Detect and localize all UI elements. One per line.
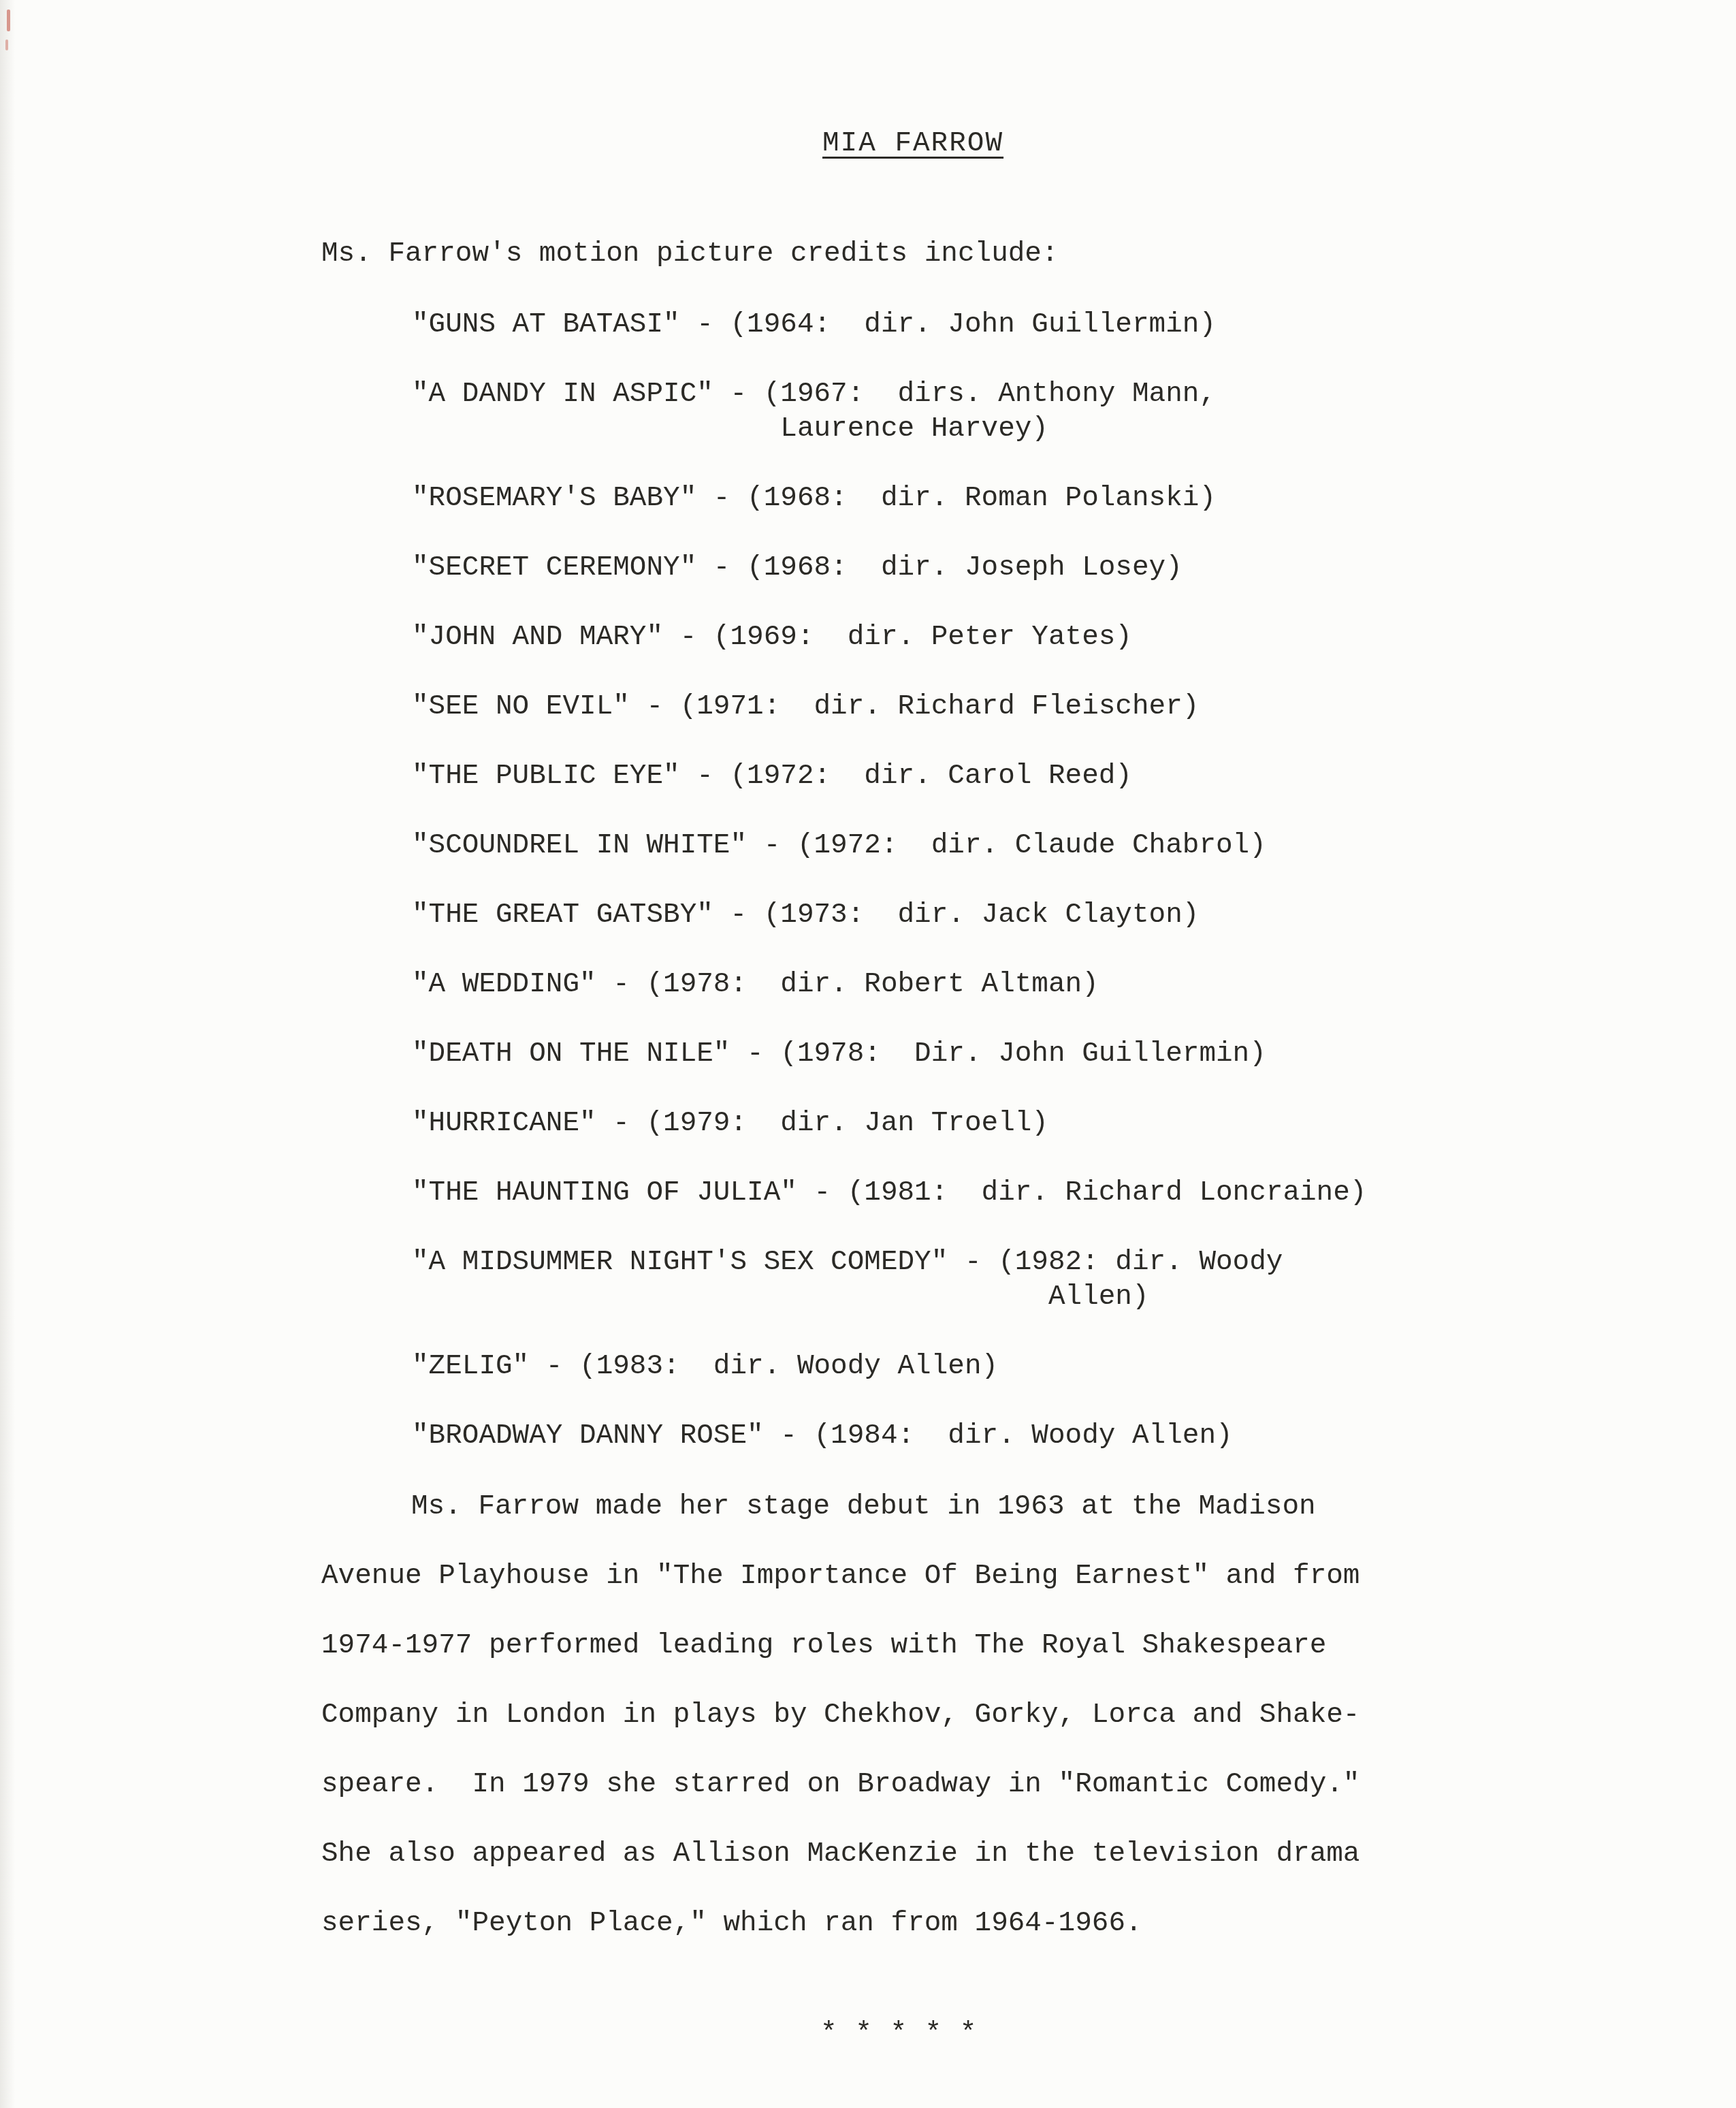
credit-line: "A DANDY IN ASPIC" - (1967: dirs. Anthon… bbox=[412, 377, 1366, 447]
credit-continuation: Allen) bbox=[412, 1280, 1366, 1315]
credit-line: "JOHN AND MARY" - (1969: dir. Peter Yate… bbox=[412, 620, 1366, 655]
credit-text: "JOHN AND MARY" - (1969: dir. Peter Yate… bbox=[412, 620, 1366, 655]
page-title: MIA FARROW bbox=[822, 127, 1003, 161]
bio-paragraph: Ms. Farrow made her stage debut in 1963 … bbox=[321, 1490, 1360, 1976]
credit-text: "DEATH ON THE NILE" - (1978: Dir. John G… bbox=[412, 1037, 1366, 1072]
credit-line: "HURRICANE" - (1979: dir. Jan Troell) bbox=[412, 1106, 1366, 1141]
credit-line: "GUNS AT BATASI" - (1964: dir. John Guil… bbox=[412, 308, 1366, 342]
credit-line: "A WEDDING" - (1978: dir. Robert Altman) bbox=[412, 968, 1366, 1002]
credit-line: "THE GREAT GATSBY" - (1973: dir. Jack Cl… bbox=[412, 898, 1366, 933]
paragraph-line: Avenue Playhouse in "The Importance Of B… bbox=[321, 1559, 1360, 1594]
credit-text: "SECRET CEREMONY" - (1968: dir. Joseph L… bbox=[412, 551, 1366, 586]
credit-text: "THE HAUNTING OF JULIA" - (1981: dir. Ri… bbox=[412, 1176, 1366, 1211]
credit-text: "A DANDY IN ASPIC" - (1967: dirs. Anthon… bbox=[412, 377, 1366, 412]
document-page: MIA FARROW Ms. Farrow's motion picture c… bbox=[0, 0, 1736, 2108]
credit-line: "SECRET CEREMONY" - (1968: dir. Joseph L… bbox=[412, 551, 1366, 586]
credit-text: "BROADWAY DANNY ROSE" - (1984: dir. Wood… bbox=[412, 1419, 1366, 1454]
paragraph-line: speare. In 1979 she starred on Broadway … bbox=[321, 1768, 1360, 1802]
credit-text: "THE GREAT GATSBY" - (1973: dir. Jack Cl… bbox=[412, 898, 1366, 933]
credit-line: "SEE NO EVIL" - (1971: dir. Richard Flei… bbox=[412, 690, 1366, 724]
paragraph-line: She also appeared as Allison MacKenzie i… bbox=[321, 1837, 1360, 1872]
scan-artifact bbox=[7, 10, 10, 31]
credit-text: "THE PUBLIC EYE" - (1972: dir. Carol Ree… bbox=[412, 759, 1366, 794]
credit-text: "GUNS AT BATASI" - (1964: dir. John Guil… bbox=[412, 308, 1366, 342]
credit-line: "BROADWAY DANNY ROSE" - (1984: dir. Wood… bbox=[412, 1419, 1366, 1454]
credit-continuation: Laurence Harvey) bbox=[412, 412, 1366, 447]
credit-text: "HURRICANE" - (1979: dir. Jan Troell) bbox=[412, 1106, 1366, 1141]
credit-text: "A MIDSUMMER NIGHT'S SEX COMEDY" - (1982… bbox=[412, 1245, 1366, 1280]
credit-line: "A MIDSUMMER NIGHT'S SEX COMEDY" - (1982… bbox=[412, 1245, 1366, 1315]
paragraph-line: Ms. Farrow made her stage debut in 1963 … bbox=[321, 1490, 1360, 1524]
scan-edge-shadow bbox=[0, 0, 15, 2108]
credit-line: "THE PUBLIC EYE" - (1972: dir. Carol Ree… bbox=[412, 759, 1366, 794]
credit-text: "SCOUNDREL IN WHITE" - (1972: dir. Claud… bbox=[412, 829, 1366, 863]
credit-line: "SCOUNDREL IN WHITE" - (1972: dir. Claud… bbox=[412, 829, 1366, 863]
credit-line: "DEATH ON THE NILE" - (1978: Dir. John G… bbox=[412, 1037, 1366, 1072]
intro-line: Ms. Farrow's motion picture credits incl… bbox=[321, 237, 1059, 272]
footer-stars: * * * * * bbox=[820, 2017, 977, 2051]
credit-text: "ROSEMARY'S BABY" - (1968: dir. Roman Po… bbox=[412, 481, 1366, 516]
credit-text: "SEE NO EVIL" - (1971: dir. Richard Flei… bbox=[412, 690, 1366, 724]
credit-text: "ZELIG" - (1983: dir. Woody Allen) bbox=[412, 1350, 1366, 1384]
credit-line: "ROSEMARY'S BABY" - (1968: dir. Roman Po… bbox=[412, 481, 1366, 516]
paragraph-line: 1974-1977 performed leading roles with T… bbox=[321, 1629, 1360, 1663]
credits-list: "GUNS AT BATASI" - (1964: dir. John Guil… bbox=[412, 308, 1366, 1488]
credit-line: "ZELIG" - (1983: dir. Woody Allen) bbox=[412, 1350, 1366, 1384]
scan-artifact bbox=[5, 39, 8, 50]
paragraph-line: Company in London in plays by Chekhov, G… bbox=[321, 1698, 1360, 1733]
credit-line: "THE HAUNTING OF JULIA" - (1981: dir. Ri… bbox=[412, 1176, 1366, 1211]
credit-text: "A WEDDING" - (1978: dir. Robert Altman) bbox=[412, 968, 1366, 1002]
paragraph-line: series, "Peyton Place," which ran from 1… bbox=[321, 1906, 1360, 1941]
